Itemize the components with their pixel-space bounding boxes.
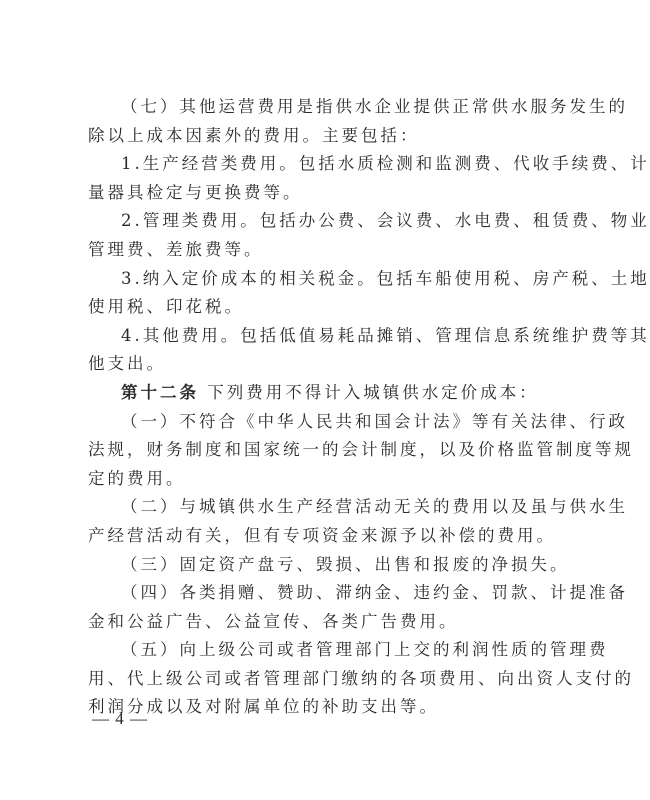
text-line: （四）各类捐赠、赞助、滞纳金、违约金、罚款、计提准备	[88, 579, 563, 608]
text-line: 他支出。	[88, 350, 563, 379]
text-line: （七）其他运营费用是指供水企业提供正常供水服务发生的	[88, 93, 563, 122]
text-line: 1.生产经营类费用。包括水质检测和监测费、代收手续费、计	[88, 150, 563, 179]
text-line: （二）与城镇供水生产经营活动无关的费用以及虽与供水生	[88, 493, 563, 522]
text-line: 管理费、差旅费等。	[88, 236, 563, 265]
text-line: （五）向上级公司或者管理部门上交的利润性质的管理费	[88, 636, 563, 665]
text-line: （一）不符合《中华人民共和国会计法》等有关法律、行政	[88, 408, 563, 437]
article-heading: 第十二条 下列费用不得计入城镇供水定价成本：	[88, 379, 563, 408]
text-line: 金和公益广告、公益宣传、各类广告费用。	[88, 608, 563, 637]
text-line: 4.其他费用。包括低值易耗品摊销、管理信息系统维护费等其	[88, 322, 563, 351]
text-line: 使用税、印花税。	[88, 293, 563, 322]
article-label: 第十二条	[121, 383, 199, 402]
page-number: — 4 —	[92, 709, 148, 729]
text-line: 3.纳入定价成本的相关税金。包括车船使用税、房产税、土地	[88, 265, 563, 294]
text-line: 利润分成以及对附属单位的补助支出等。	[88, 693, 563, 722]
text-line: 2.管理类费用。包括办公费、会议费、水电费、租赁费、物业	[88, 207, 563, 236]
text-line: 定的费用。	[88, 465, 563, 494]
text-line: 量器具检定与更换费等。	[88, 179, 563, 208]
text-line: 除以上成本因素外的费用。主要包括：	[88, 122, 563, 151]
text-line: 用、代上级公司或者管理部门缴纳的各项费用、向出资人支付的	[88, 665, 563, 694]
text-line: （三）固定资产盘亏、毁损、出售和报废的净损失。	[88, 551, 563, 580]
text-line: 产经营活动有关，但有专项资金来源予以补偿的费用。	[88, 522, 563, 551]
document-page: （七）其他运营费用是指供水企业提供正常供水服务发生的 除以上成本因素外的费用。主…	[88, 93, 563, 722]
text-line: 法规，财务制度和国家统一的会计制度，以及价格监管制度等规	[88, 436, 563, 465]
